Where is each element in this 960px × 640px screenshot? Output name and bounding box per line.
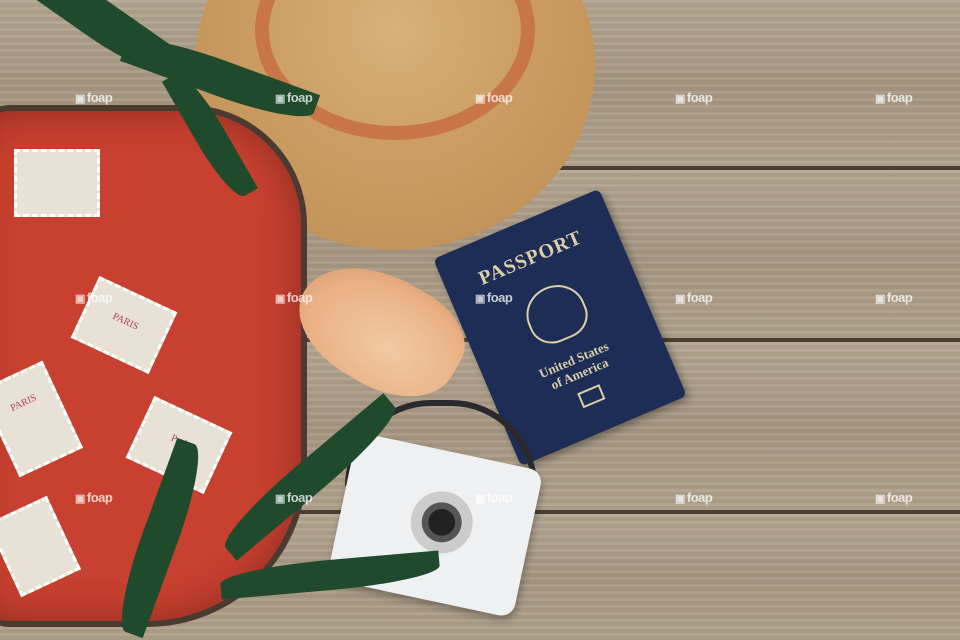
foap-watermark: foap bbox=[475, 490, 512, 505]
foap-watermark: foap bbox=[875, 90, 912, 105]
postage-stamp bbox=[0, 496, 81, 597]
foap-watermark: foap bbox=[875, 290, 912, 305]
foap-watermark: foap bbox=[475, 90, 512, 105]
foap-watermark: foap bbox=[675, 490, 712, 505]
foap-watermark: foap bbox=[75, 290, 112, 305]
eagle-seal-icon bbox=[518, 276, 595, 351]
foap-watermark: foap bbox=[75, 90, 112, 105]
postage-stamp bbox=[14, 149, 100, 217]
foap-watermark: foap bbox=[275, 490, 312, 505]
foap-watermark: foap bbox=[875, 490, 912, 505]
photo-scene: PARIS PARIS Paris PASSPORT United States… bbox=[0, 0, 960, 640]
biometric-chip-icon bbox=[577, 384, 605, 408]
foap-watermark: foap bbox=[475, 290, 512, 305]
foap-watermark: foap bbox=[675, 290, 712, 305]
hat-crown bbox=[255, 0, 535, 140]
foap-watermark: foap bbox=[675, 90, 712, 105]
foap-watermark: foap bbox=[275, 90, 312, 105]
foap-watermark: foap bbox=[275, 290, 312, 305]
postage-stamp: PARIS bbox=[0, 361, 83, 478]
camera-lens bbox=[405, 486, 479, 560]
foap-watermark: foap bbox=[75, 490, 112, 505]
